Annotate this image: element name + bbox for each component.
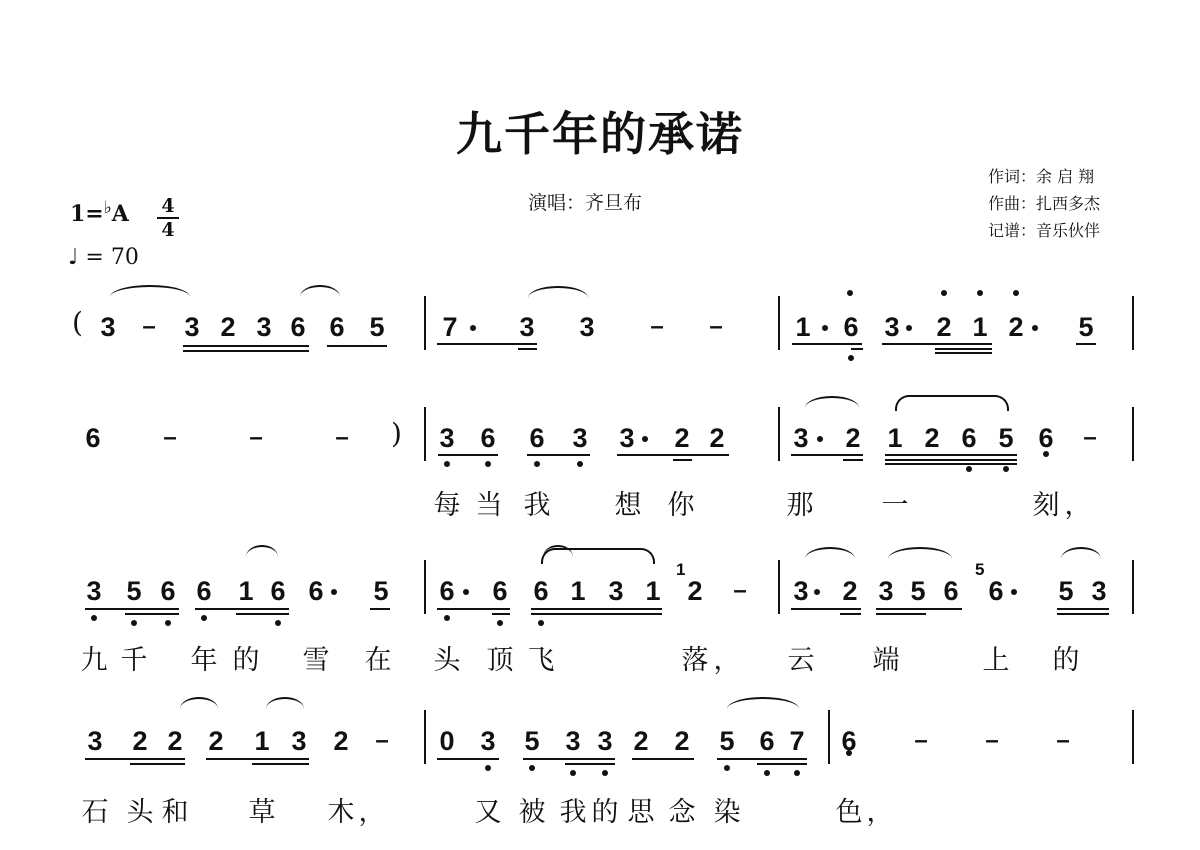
note: 6: [955, 423, 983, 453]
quarter-note-icon: ♩: [68, 245, 78, 270]
tempo-marking: ♩ = 70: [68, 245, 139, 270]
song-title: 九千年的承诺: [0, 98, 1200, 164]
note: 3: [474, 726, 502, 756]
octave-dot: [577, 461, 583, 467]
note: 1: [881, 423, 909, 453]
octave-dot: [1003, 466, 1009, 472]
sustain-dash: –: [978, 726, 1006, 756]
note: 3: [94, 312, 122, 342]
slur: [180, 697, 218, 709]
note: 3: [285, 726, 313, 756]
note: 6: [523, 423, 551, 453]
lyric-char: ，: [863, 790, 897, 829]
slur: [1061, 547, 1101, 559]
lyric-char: 年: [187, 638, 221, 677]
sustain-dash: –: [643, 312, 671, 342]
underline: [632, 758, 694, 760]
flat-icon: ♭: [104, 198, 112, 218]
augmentation-dot: [331, 589, 337, 595]
underline: [531, 613, 662, 615]
note: 5: [904, 576, 932, 606]
augmentation-dot: [822, 325, 828, 331]
sustain-dash: –: [907, 726, 935, 756]
slur: [727, 697, 799, 709]
lyric-char: 顶: [483, 638, 517, 677]
underline: [791, 608, 861, 610]
note: 3: [573, 312, 601, 342]
note: 6: [982, 576, 1010, 606]
note: 3: [513, 312, 541, 342]
note: 7: [436, 312, 464, 342]
lyric-char: 头: [123, 790, 157, 829]
note: 1: [232, 576, 260, 606]
octave-dot: [941, 290, 947, 296]
note: 5: [1052, 576, 1080, 606]
note: 1: [564, 576, 592, 606]
underline: [885, 463, 1017, 465]
parenthesis: ): [391, 417, 402, 450]
singer-credit: 演唱：齐旦布: [528, 188, 642, 215]
lyric-char: 被: [515, 790, 549, 829]
octave-dot: [977, 290, 983, 296]
underline: [327, 345, 387, 347]
underline: [206, 758, 309, 760]
lyric-char: 我: [520, 483, 554, 522]
note: 6: [837, 312, 865, 342]
lyric-char: 念: [665, 790, 699, 829]
key-note: A: [112, 201, 129, 227]
note: 3: [559, 726, 587, 756]
augmentation-dot: [906, 325, 912, 331]
note: 1: [966, 312, 994, 342]
note: 3: [872, 576, 900, 606]
lyric-char: 染: [710, 790, 744, 829]
lyric-char: 落: [678, 638, 712, 677]
lyric-char: 我: [556, 790, 590, 829]
note: 2: [681, 576, 709, 606]
underline: [85, 758, 185, 760]
octave-dot: [529, 765, 535, 771]
note: 6: [486, 576, 514, 606]
octave-dot: [538, 620, 544, 626]
sustain-dash: –: [135, 312, 163, 342]
lyric-char: 一: [878, 483, 912, 522]
grace-note: 1: [676, 560, 685, 580]
lyric-char: ，: [1061, 483, 1095, 522]
underline: [757, 763, 807, 765]
underline: [236, 613, 289, 615]
lyric-char: 的: [1049, 638, 1083, 677]
underline: [885, 454, 1017, 456]
grace-note: 5: [975, 560, 984, 580]
lyric-char: 草: [245, 790, 279, 829]
sustain-dash: –: [328, 423, 356, 453]
note: 2: [214, 312, 242, 342]
underline: [183, 350, 309, 352]
note: 2: [126, 726, 154, 756]
note: 2: [161, 726, 189, 756]
note: 6: [79, 423, 107, 453]
note: 3: [613, 423, 641, 453]
lyric-char: 千: [117, 638, 151, 677]
lyric-char: 当: [472, 483, 506, 522]
note: 6: [753, 726, 781, 756]
note: 3: [602, 576, 630, 606]
augmentation-dot: [463, 589, 469, 595]
lyric-char: 石: [78, 790, 112, 829]
credits-block: 作词：余 启 翔 作曲：扎西多杰 记谱：音乐伙伴: [988, 163, 1100, 244]
phrase-bracket: [541, 548, 655, 564]
note: 6: [284, 312, 312, 342]
underline: [125, 613, 179, 615]
note: 3: [878, 312, 906, 342]
note: 3: [1085, 576, 1113, 606]
phrase-bracket: [895, 395, 1009, 411]
underline: [882, 343, 992, 345]
underline: [843, 459, 863, 461]
lyric-char: 上: [979, 638, 1013, 677]
octave-dot: [848, 355, 854, 361]
lyric-char: 每: [430, 483, 464, 522]
barline: [778, 560, 780, 614]
underline: [492, 613, 510, 615]
lyric-char: 云: [784, 638, 818, 677]
lyric-char: 的: [588, 790, 622, 829]
lyric-char: 雪: [299, 638, 333, 677]
note: 1: [789, 312, 817, 342]
underline: [565, 763, 615, 765]
note: 2: [202, 726, 230, 756]
lyric-char: 和: [158, 790, 192, 829]
time-bottom: 4: [157, 220, 179, 240]
note: 3: [787, 576, 815, 606]
underline: [876, 613, 926, 615]
underline: [438, 454, 498, 456]
note: 3: [250, 312, 278, 342]
note: 2: [327, 726, 355, 756]
lyric-char: ，: [355, 790, 389, 829]
augmentation-dot: [814, 589, 820, 595]
note: 2: [668, 726, 696, 756]
underline: [183, 345, 309, 347]
octave-dot: [485, 461, 491, 467]
octave-dot: [201, 615, 207, 621]
octave-dot: [91, 615, 97, 621]
underline: [370, 608, 390, 610]
octave-dot: [275, 620, 281, 626]
augmentation-dot: [470, 325, 476, 331]
octave-dot: [1043, 451, 1049, 457]
sustain-dash: –: [702, 312, 730, 342]
augmentation-dot: [1032, 325, 1038, 331]
slur: [300, 285, 340, 297]
note: 3: [433, 423, 461, 453]
sustain-dash: –: [242, 423, 270, 453]
note: 0: [433, 726, 461, 756]
barline: [1132, 560, 1134, 614]
note: 2: [1002, 312, 1030, 342]
octave-dot: [764, 770, 770, 776]
lyric-char: 端: [869, 638, 903, 677]
note: 6: [527, 576, 555, 606]
composer-credit: 作曲：扎西多杰: [988, 190, 1100, 217]
slur: [246, 545, 278, 557]
note: 5: [992, 423, 1020, 453]
sustain-dash: –: [156, 423, 184, 453]
lyric-char: 头: [430, 638, 464, 677]
octave-dot: [570, 770, 576, 776]
lyric-char: 飞: [524, 638, 558, 677]
note: 2: [836, 576, 864, 606]
underline: [935, 352, 992, 354]
parenthesis: (: [72, 306, 83, 339]
slur: [888, 547, 952, 559]
underline: [617, 454, 729, 456]
note: 5: [367, 576, 395, 606]
underline: [673, 459, 692, 461]
underline: [130, 763, 185, 765]
underline: [840, 613, 861, 615]
note: 6: [1032, 423, 1060, 453]
octave-dot: [724, 765, 730, 771]
octave-dot: [1013, 290, 1019, 296]
barline: [778, 296, 780, 350]
note: 6: [302, 576, 330, 606]
lyric-char: 九: [77, 638, 111, 677]
sustain-dash: –: [1076, 423, 1104, 453]
sustain-dash: –: [368, 726, 396, 756]
lyric-char: 刻: [1029, 483, 1063, 522]
underline: [791, 454, 863, 456]
underline: [195, 608, 289, 610]
note: 3: [178, 312, 206, 342]
barline: [424, 560, 426, 614]
slur: [805, 547, 855, 559]
underline: [523, 758, 615, 760]
note: 5: [120, 576, 148, 606]
underline: [437, 758, 499, 760]
time-top: 4: [157, 196, 179, 216]
barline: [828, 710, 830, 764]
octave-dot: [847, 290, 853, 296]
sustain-dash: –: [1049, 726, 1077, 756]
note: 1: [639, 576, 667, 606]
note: 7: [783, 726, 811, 756]
octave-dot: [165, 620, 171, 626]
note: 2: [703, 423, 731, 453]
note: 2: [930, 312, 958, 342]
underline: [85, 608, 179, 610]
lyric-char: 的: [229, 638, 263, 677]
note: 2: [668, 423, 696, 453]
underline: [935, 348, 992, 350]
octave-dot: [534, 461, 540, 467]
key-prefix: 1=: [70, 201, 104, 227]
octave-dot: [846, 750, 852, 756]
note: 6: [433, 576, 461, 606]
barline: [1132, 296, 1134, 350]
underline: [531, 608, 662, 610]
note: 6: [474, 423, 502, 453]
barline: [1132, 710, 1134, 764]
barline: [424, 296, 426, 350]
lyric-char: 想: [611, 483, 645, 522]
lyric-char: 那: [783, 483, 817, 522]
lyricist-credit: 作词：余 启 翔: [988, 163, 1100, 190]
octave-dot: [485, 765, 491, 771]
barline: [778, 407, 780, 461]
key-signature: 1=♭A: [70, 198, 129, 227]
underline: [527, 454, 590, 456]
barline: [424, 407, 426, 461]
augmentation-dot: [817, 436, 823, 442]
lyric-char: 你: [664, 483, 698, 522]
note: 6: [323, 312, 351, 342]
octave-dot: [966, 466, 972, 472]
augmentation-dot: [1011, 589, 1017, 595]
underline: [1076, 343, 1096, 345]
time-signature: 4 4: [157, 196, 179, 240]
transcriber-credit: 记谱：音乐伙伴: [988, 217, 1100, 244]
octave-dot: [794, 770, 800, 776]
note: 1: [248, 726, 276, 756]
note: 6: [154, 576, 182, 606]
underline: [792, 343, 862, 345]
note: 2: [918, 423, 946, 453]
tempo-value: = 70: [85, 245, 138, 270]
lyric-char: 又: [471, 790, 505, 829]
barline: [424, 710, 426, 764]
lyric-char: 色: [832, 790, 866, 829]
octave-dot: [602, 770, 608, 776]
underline: [885, 459, 1017, 461]
note: 3: [81, 726, 109, 756]
underline: [518, 348, 537, 350]
note: 6: [190, 576, 218, 606]
underline: [437, 608, 510, 610]
note: 5: [363, 312, 391, 342]
note: 5: [1072, 312, 1100, 342]
underline: [1057, 613, 1109, 615]
note: 3: [787, 423, 815, 453]
note: 6: [264, 576, 292, 606]
octave-dot: [444, 461, 450, 467]
note: 2: [627, 726, 655, 756]
slur: [528, 286, 588, 298]
note: 3: [80, 576, 108, 606]
lyric-char: 在: [361, 638, 395, 677]
slur: [110, 285, 190, 297]
note: 3: [591, 726, 619, 756]
underline: [876, 608, 962, 610]
lyric-char: ，: [710, 638, 744, 677]
note: 2: [839, 423, 867, 453]
note: 5: [713, 726, 741, 756]
underline: [717, 758, 807, 760]
sustain-dash: –: [726, 576, 754, 606]
underline: [252, 763, 309, 765]
underline: [851, 348, 863, 350]
note: 3: [566, 423, 594, 453]
octave-dot: [131, 620, 137, 626]
barline: [1132, 407, 1134, 461]
octave-dot: [444, 615, 450, 621]
slur: [805, 396, 859, 408]
underline: [1057, 608, 1109, 610]
note: 5: [518, 726, 546, 756]
underline: [437, 343, 537, 345]
lyric-char: 木: [324, 790, 358, 829]
octave-dot: [497, 620, 503, 626]
augmentation-dot: [642, 436, 648, 442]
lyric-char: 思: [624, 790, 658, 829]
note: 6: [937, 576, 965, 606]
slur: [266, 697, 304, 709]
